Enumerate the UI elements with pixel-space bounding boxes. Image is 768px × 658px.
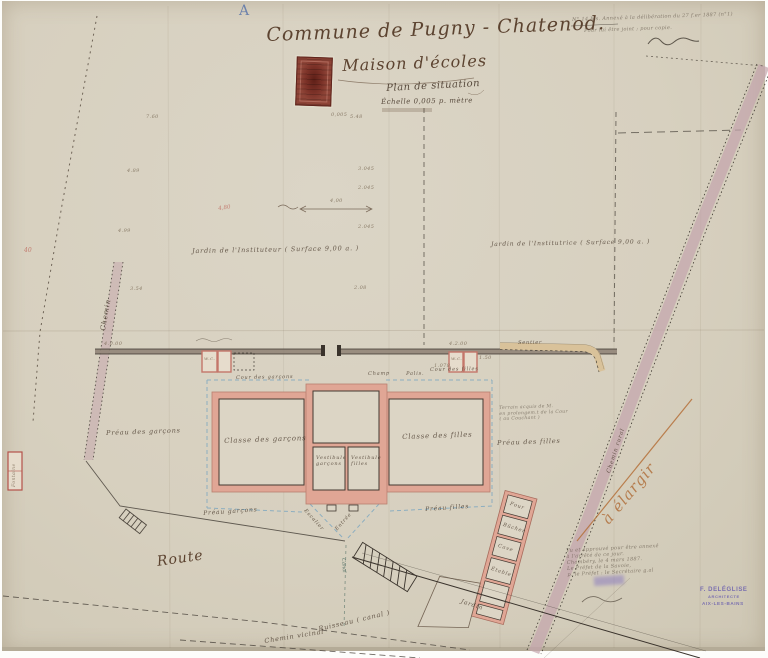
dim-499: 4.99 [118, 228, 131, 234]
ruisseau: Ruisseau ( canal ) [318, 610, 391, 634]
wc-left-label: w.c. [204, 356, 215, 362]
chemin-vicinal: Chemin vicinal [264, 629, 325, 646]
dim-2045b: 2.045 [358, 224, 374, 230]
cellule-bucher: Bûcher [502, 522, 526, 535]
red-note-b: 40 [24, 247, 32, 254]
cellule-cave: Cave [497, 543, 514, 554]
architect-stamp-role: ARCHITECTE [708, 595, 740, 600]
palis: Palis. [406, 371, 424, 377]
dim-150: 1.50 [479, 355, 492, 361]
preau-garcons-ouest: Préau des garçons [106, 427, 181, 437]
red-note-a: 4,80 [218, 204, 231, 212]
entree: Entrée [334, 512, 353, 532]
dim-760: 7.60 [146, 114, 159, 120]
vestibule-garcons: Vestibule garçons [316, 455, 346, 467]
jardin-institutrice: Jardin de l'Institutrice ( Surface 9,00 … [491, 238, 650, 248]
preau-filles-sud: Préau filles [425, 503, 469, 513]
sentier: Sentier [518, 340, 542, 346]
dim-wall-right: 4.2.00 [449, 341, 467, 347]
cellule-etable: Étable [490, 566, 512, 578]
dim-548: 5.48 [350, 114, 363, 120]
classe-filles: Classe des filles [402, 431, 473, 442]
classe-garcons: Classe des garçons [224, 434, 307, 445]
cour-garcons: Cour des garçons [236, 374, 293, 381]
mark-a: A [239, 3, 249, 20]
scale-label: Échelle 0,005 p. mètre [381, 96, 473, 106]
cour-filles: Cour des filles [430, 366, 479, 373]
dim-3045: 3.045 [358, 166, 374, 172]
doc-title: Commune de Pugny - Chatenod. [266, 12, 605, 47]
scale-figure: 0,005 [331, 112, 347, 118]
dim-wall-left: 4.0.00 [104, 341, 122, 347]
dim-2045a: 2.045 [358, 185, 374, 191]
label-layer: ACommune de Pugny - Chatenod.Maison d'éc… [0, 0, 768, 658]
vestibule-filles: Vestibule filles [351, 455, 381, 467]
dim-354: 3.54 [130, 286, 143, 292]
jardin-instituteur: Jardin de l'Instituteur ( Surface 9,00 a… [192, 245, 359, 256]
cellule-four: Four [509, 501, 525, 511]
canal: Canal [340, 558, 347, 573]
dim-208: 2.08 [354, 285, 367, 291]
escalier: Escalier [303, 508, 325, 532]
jardin-annexe: Jardin [460, 598, 484, 612]
champ: Champ [368, 371, 390, 377]
chemin-droit: Chemin rural [606, 428, 627, 474]
terrain-note: Terrain acquis de M. en prolongem.t de l… [499, 404, 568, 423]
dim-489: 4.89 [127, 168, 140, 174]
doc-subtitle: Maison d'écoles [342, 51, 487, 75]
plan-type: Plan de situation [386, 78, 480, 95]
scanned-plan-page: { "palette": { "paper": "#d8d1c1", "ink"… [0, 0, 768, 658]
preau-filles-est: Préau des filles [497, 438, 561, 448]
preau-garcons-sud: Préau garçons [203, 506, 258, 517]
architect-stamp-city: AIX-LES-BAINS [702, 601, 744, 607]
dim-400: 4,00 [330, 198, 343, 204]
route: Route [156, 547, 205, 570]
wc-right-label: w.c. [451, 356, 462, 362]
certification: Vu et approuvé pour être annexé à l'arrê… [566, 543, 660, 578]
fontaine: Fontaine [12, 463, 18, 487]
chemin-gauche: Chemin [99, 298, 113, 331]
